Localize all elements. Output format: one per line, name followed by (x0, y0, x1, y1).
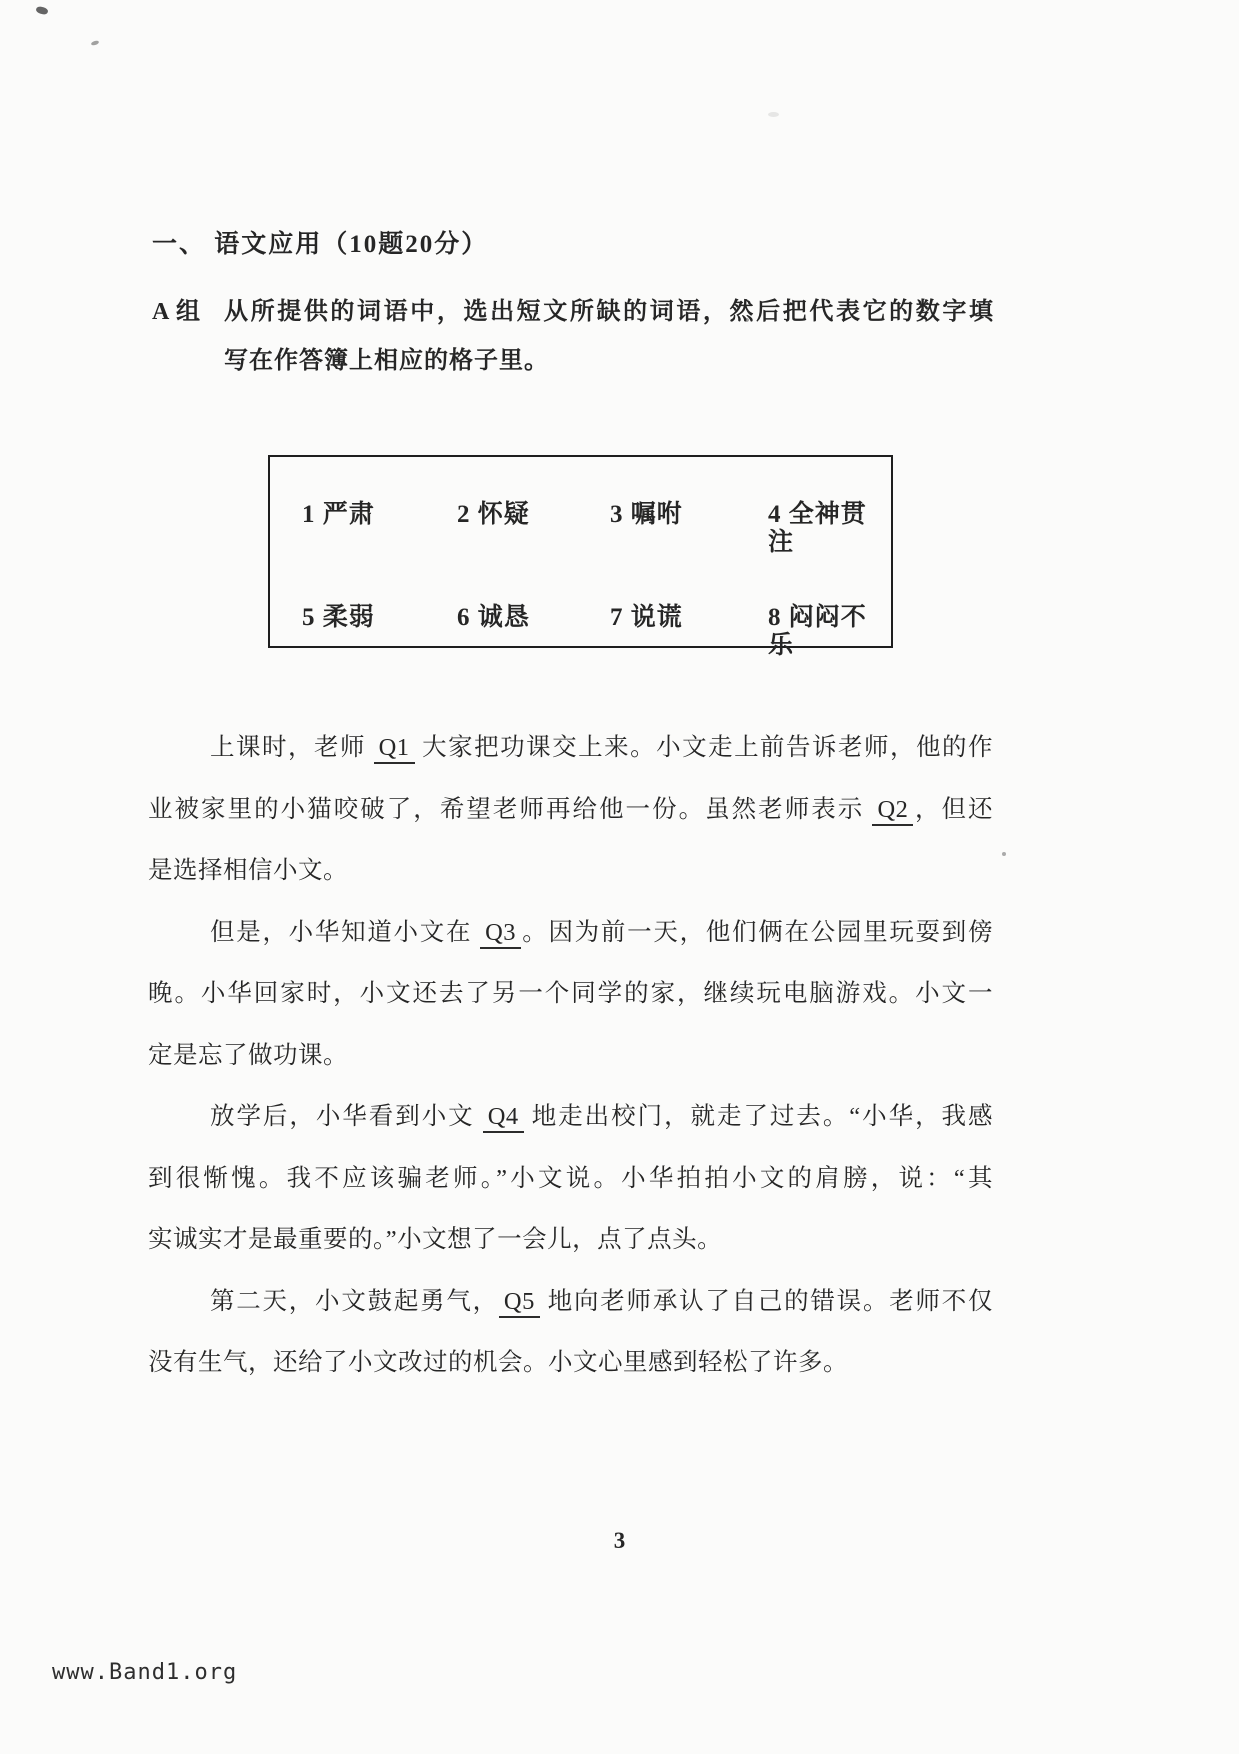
question-blank: Q3 (480, 919, 521, 949)
word-bank-row: 5 柔弱6 诚恳7 说谎8 闷闷不乐 (302, 604, 891, 660)
passage-line: 是选择相信小文。 (148, 840, 993, 902)
word-bank-item: 1 严肃 (302, 501, 457, 557)
question-blank: Q1 (374, 734, 415, 764)
word-bank-item: 7 说谎 (610, 604, 768, 660)
instruction-line-2: 写在作答簿上相应的格子里。 (224, 337, 994, 386)
page-number: 3 (0, 1528, 1239, 1554)
word-bank-box: 1 严肃2 怀疑3 嘱咐4 全神贯注5 柔弱6 诚恳7 说谎8 闷闷不乐 (268, 455, 893, 648)
instruction-line-1: 从所提供的词语中，选出短文所缺的词语，然后把代表它的数字填 (224, 288, 994, 337)
scan-artifact (91, 40, 100, 46)
instruction-block: A 组 从所提供的词语中，选出短文所缺的词语，然后把代表它的数字填 写在作答簿上… (152, 288, 994, 386)
question-blank: Q5 (499, 1288, 540, 1318)
question-blank: Q4 (483, 1103, 524, 1133)
word-bank-item: 4 全神贯注 (768, 501, 891, 557)
passage-line: 但是，小华知道小文在 Q3。因为前一天，他们俩在公园里玩耍到傍 (148, 902, 993, 964)
section-heading: 一、 语文应用（10题20分） (152, 224, 488, 260)
word-bank-row: 1 严肃2 怀疑3 嘱咐4 全神贯注 (302, 501, 891, 557)
passage-line: 业被家里的小猫咬破了，希望老师再给他一份。虽然老师表示 Q2，但还 (148, 779, 993, 841)
passage-line: 到很惭愧。我不应该骗老师。”小文说。小华拍拍小文的肩膀，说：“其 (148, 1148, 993, 1210)
document-page: 一、 语文应用（10题20分） A 组 从所提供的词语中，选出短文所缺的词语，然… (0, 0, 1239, 1754)
scan-artifact (768, 112, 779, 117)
scan-artifact (35, 6, 48, 16)
group-label: A 组 (152, 288, 224, 386)
passage-line: 第二天，小文鼓起勇气，Q5 地向老师承认了自己的错误。老师不仅 (148, 1271, 993, 1333)
passage-line: 晚。小华回家时，小文还去了另一个同学的家，继续玩电脑游戏。小文一 (148, 963, 993, 1025)
passage-line: 定是忘了做功课。 (148, 1025, 993, 1087)
passage-line: 放学后，小华看到小文 Q4 地走出校门，就走了过去。“小华，我感 (148, 1086, 993, 1148)
passage-line: 没有生气，还给了小文改过的机会。小文心里感到轻松了许多。 (148, 1332, 993, 1394)
passage: 上课时，老师 Q1 大家把功课交上来。小文走上前告诉老师，他的作业被家里的小猫咬… (148, 717, 993, 1394)
passage-line: 实诚实才是最重要的。”小文想了一会儿，点了点头。 (148, 1209, 993, 1271)
word-bank-item: 6 诚恳 (457, 604, 610, 660)
scan-artifact (1002, 852, 1006, 856)
word-bank-item: 3 嘱咐 (610, 501, 768, 557)
passage-line: 上课时，老师 Q1 大家把功课交上来。小文走上前告诉老师，他的作 (148, 717, 993, 779)
watermark: www.Band1.org (52, 1660, 237, 1685)
question-blank: Q2 (872, 796, 913, 826)
word-bank-item: 2 怀疑 (457, 501, 610, 557)
word-bank-item: 5 柔弱 (302, 604, 457, 660)
word-bank-item: 8 闷闷不乐 (768, 604, 891, 660)
